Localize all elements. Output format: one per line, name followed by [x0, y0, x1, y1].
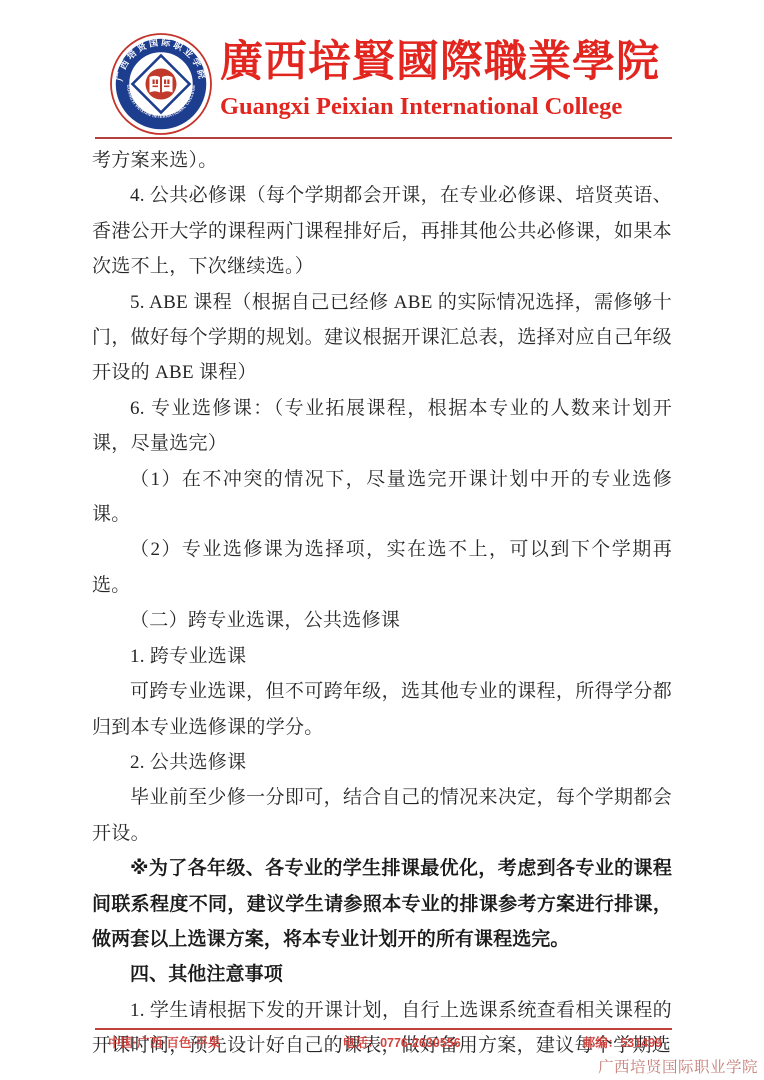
college-logo: 广西培贤国际职业学院 GUANGXI PEIXIAN INTERNATIONAL… [108, 32, 214, 136]
paragraph: 可跨专业选课，但不可跨年级，选其他专业的课程，所得学分都归到本专业选修课的学分。 [92, 674, 672, 745]
footer-divider [95, 1028, 672, 1030]
section-heading: 四、其他注意事项 [92, 957, 672, 992]
footer-postcode: 邮编：531499 [583, 1033, 662, 1051]
college-title-en: Guangxi Peixian International College [220, 92, 656, 122]
paragraph-emphasis: ※为了各年级、各专业的学生排课最优化，考虑到各专业的课程间联系程度不同，建议学生… [92, 851, 672, 957]
college-titles: 廣西培賢國際職業學院 Guangxi Peixian International… [220, 32, 656, 136]
footer-location: 中国·广西·百色·平果 [108, 1033, 221, 1051]
paragraph: 2. 公共选修课 [92, 745, 672, 780]
paragraph: 1. 跨专业选课 [92, 639, 672, 674]
paragraph: 5. ABE 课程（根据自己已经修 ABE 的实际情况选择，需修够十门，做好每个… [92, 285, 672, 391]
paragraph: 考方案来选）。 [92, 143, 672, 178]
paragraph: （二）跨专业选课，公共选修课 [92, 603, 672, 638]
college-emblem-icon: 广西培贤国际职业学院 GUANGXI PEIXIAN INTERNATIONAL… [108, 32, 214, 136]
paragraph: 4. 公共必修课（每个学期都会开课，在专业必修课、培贤英语、香港公开大学的课程两… [92, 178, 672, 284]
college-title-zh: 廣西培賢國際職業學院 [220, 34, 656, 92]
header-divider [95, 137, 672, 139]
paragraph: 6. 专业选修课：（专业拓展课程，根据本专业的人数来计划开课，尽量选完） [92, 391, 672, 462]
header: 广西培贤国际职业学院 GUANGXI PEIXIAN INTERNATIONAL… [108, 32, 672, 136]
footer-phone: 电话：0776-2630556 [343, 1033, 461, 1051]
paragraph: （2）专业选修课为选择项，实在选不上，可以到下个学期再选。 [92, 532, 672, 603]
document-page: 广西培贤国际职业学院 GUANGXI PEIXIAN INTERNATIONAL… [0, 0, 764, 1080]
document-body: 考方案来选）。 4. 公共必修课（每个学期都会开课，在专业必修课、培贤英语、香港… [92, 143, 672, 1064]
watermark: 广西培贤国际职业学院 [598, 1055, 758, 1077]
footer: 中国·广西·百色·平果 电话：0776-2630556 邮编：531499 [95, 1033, 672, 1051]
paragraph: （1）在不冲突的情况下，尽量选完开课计划中开的专业选修课。 [92, 462, 672, 533]
paragraph: 毕业前至少修一分即可，结合自己的情况来决定，每个学期都会开设。 [92, 780, 672, 851]
